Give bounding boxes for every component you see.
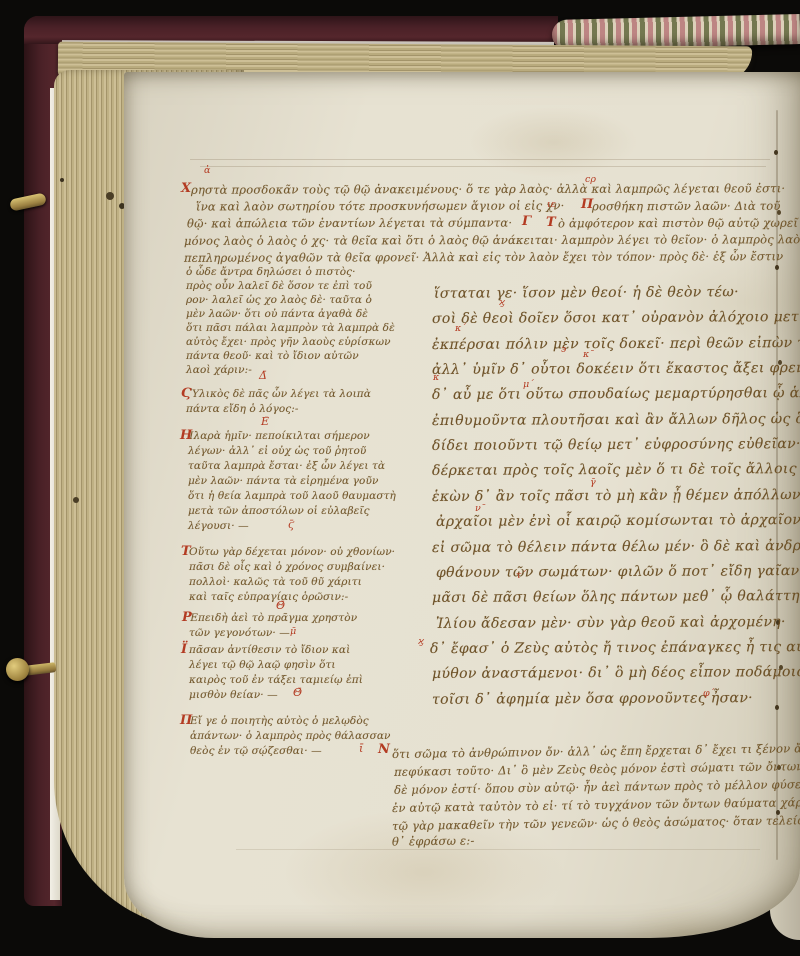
manuscript-text-line: Ὑλικὸς δὲ πᾶς ὧν λέγει τὰ λοιπὰ xyxy=(190,388,371,400)
manuscript-text-line: μὲν λαῶν· πάντα τὰ εἰρημένα γοῦν xyxy=(188,475,378,487)
manuscript-text-line: πᾶσαν ἀντίθεσιν τὸ ἴδιον καὶ xyxy=(189,644,350,656)
manuscript-text-line: λέγουσι· — xyxy=(188,520,249,532)
manuscript-text-line: πρὸς οὖν λαλεῖ δὲ ὅσον τε ἐπὶ τοῦ xyxy=(186,280,372,292)
rubric-mark: ν¯ xyxy=(475,503,486,514)
manuscript-text-line: αὐτὸς ἔχει· πρὸς γῆν λαοὺς εὑρίσκων xyxy=(186,336,391,348)
rubric-mark: μ̄ xyxy=(290,626,296,637)
manuscript-text-line: μᾶσι δὲ πᾶσι θείων ὅλης πάντων μεθ᾽ ᾧ θα… xyxy=(432,588,800,606)
manuscript-text-line: ἑκὼν δ᾽ ἂν τοῖς πᾶσι τὸ μὴ κἂν ᾖ θέμεν ἀ… xyxy=(432,487,800,505)
manuscript-text-line: ἐπιθυμοῦντα πλουτῆσαι καὶ ἂν ἄλλων δῆλος… xyxy=(432,411,800,429)
manuscript-text-line: Ἰλίου ἄδεσαν μὲν· σὺν γὰρ θεοῦ καὶ ἀρχομ… xyxy=(436,614,786,632)
manuscript-text-line: ἵνα καὶ λαὸν σωτηρίου τότε προσκυνήσωμεν… xyxy=(196,199,564,214)
rubric-mark: Ϊ xyxy=(181,642,187,657)
rubric-mark: κ xyxy=(433,372,439,383)
manuscript-text-line: ὅτι πᾶσι πάλαι λαμπρὸν τὰ λαμπρὰ δὲ xyxy=(186,322,395,334)
manuscript-text-line: λέγει τῷ θῷ λαῷ φησὶν ὅτι xyxy=(189,659,336,671)
rubric-mark: ϶ xyxy=(561,344,566,355)
rubric-mark: ϗ xyxy=(499,297,505,308)
rubric-mark: μ´ xyxy=(523,379,534,390)
manuscript-text-line: τῶν γεγονότων· — xyxy=(189,627,290,639)
rubric-mark: Π xyxy=(581,197,593,212)
rubric-mark: γ̄ xyxy=(590,477,596,488)
rubric-mark: ϗ xyxy=(418,636,424,647)
manuscript-text-line: Ἱλαρὰ ἡμῖν· πεποίκιλται σήμερον xyxy=(188,430,370,442)
manuscript-text-line: δέρκεται πρὸς τοῖς λαοῖς μὲν ὅ τι δὲ τοῖ… xyxy=(432,461,797,479)
manuscript-text-line: καὶ ταῖς εὐπραγίαις ὁρῶσιν:- xyxy=(189,591,348,603)
ruling-line xyxy=(200,166,766,167)
rubric-mark: Χ xyxy=(181,181,191,196)
gutter-wormholes xyxy=(774,150,778,155)
clasp-pin-bottom-head xyxy=(6,658,29,681)
manuscript-text-line: μὲν λαῶν· ὅτι οὐ πάντα ἀγαθὰ δὲ xyxy=(186,308,368,320)
manuscript-text-line: Ἐπειδὴ ἀεὶ τὸ πρᾶγμα χρηστὸν xyxy=(189,612,357,624)
manuscript-text-line: ἐκπέρσαι πόλιν μὲν τοῖς δοκεῖ· περὶ θεῶν… xyxy=(432,335,800,353)
rubric-mark: ἀ xyxy=(204,165,210,176)
manuscript-text-line: σοὶ δὲ θεοὶ δοῖεν ὅσοι κατ᾽ οὐρανὸν ἀλόχ… xyxy=(432,309,800,327)
manuscript-text-line: λέγων· ἀλλ᾽ εἰ οὐχ ὡς τοῦ ῥητοῦ xyxy=(188,445,366,457)
manuscript-text-line: ὅτι ἡ θεία λαμπρὰ τοῦ λαοῦ θαυμαστὴ xyxy=(188,490,396,502)
manuscript-text-line: λαοὶ χάριν:- xyxy=(186,364,252,376)
manuscript-text-line: Εἴ γε ὁ ποιητὴς αὐτὸς ὁ μελῳδὸς xyxy=(190,715,369,727)
rubric-mark: Γ xyxy=(522,214,531,229)
manuscript-text-line: ὁ ὧδε ἄντρα δηλώσει ὁ πιστὸς· xyxy=(186,266,356,278)
manuscript-text-line: θ᾽ ἐφράσω ε:- xyxy=(392,833,475,848)
rubric-mark: φ´ xyxy=(703,688,714,699)
manuscript-text-line: εἰ σῶμα τὸ θέλειν πάντα θέλω μέν· ὃ δὲ κ… xyxy=(432,538,800,556)
rubric-mark: Θ̄ xyxy=(293,686,302,699)
manuscript-text-line: δ᾽ ἔφασ᾽ ὁ Ζεὺς αὐτὸς ἤ τινος ἐπάναγκες … xyxy=(430,639,800,657)
manuscript-text-line: φθάνουν τῶν σωμάτων· φιλῶν ὅ ποτ᾽ εἴδη γ… xyxy=(436,563,800,581)
manuscript-text-line: ἀρχαῖοι μὲν ἐνὶ οἷ καιρῷ κομίσωνται τὸ ἀ… xyxy=(436,512,800,530)
rubric-mark: Θ̄ xyxy=(276,599,285,612)
rubric-mark: Τ xyxy=(546,215,556,230)
manuscript-text-line: ρον· λαλεῖ ὡς χο λαὸς δὲ· ταῦτα ὁ xyxy=(186,294,372,306)
rubric-mark: Ν xyxy=(378,742,390,757)
manuscript-text-line: θῷ· καὶ ἀπώλεια τῶν ἐναντίων λέγεται τὰ … xyxy=(187,216,512,231)
manuscript-text-line: Οὕτω γὰρ δέχεται μόνον· οὐ χθονίων· xyxy=(189,546,395,558)
rubric-mark: τ´ xyxy=(516,570,526,581)
manuscript-text-line: δ᾽ αὖ με ὅτι οὕτω σπουδαίως μεμαρτύρησθα… xyxy=(432,385,800,403)
rubric-mark: ϛ̄ xyxy=(288,518,294,531)
fore-edge-stains xyxy=(60,178,64,182)
manuscript-text-line: μύθον ἀναστάμενοι· δι᾽ ὃ μὴ δέος εἶπον π… xyxy=(432,664,800,682)
manuscript-text-line: ἵσταται γε· ἵσον μὲν θεοί· ἡ δὲ θεὸν τέω… xyxy=(434,284,739,302)
manuscript-text-line: ἁπάντων· ὁ λαμπρὸς πρὸς θάλασσαν xyxy=(190,730,391,742)
ruling-line xyxy=(236,849,760,850)
manuscript-text-line: μόνος λαὸς ὁ λαὸς ὁ χς· τὰ θεῖα καὶ ὅτι … xyxy=(184,232,800,248)
manuscript-text-line: πάντα εἴδη ὁ λόγος:- xyxy=(186,403,299,415)
manuscript-text-line: καιρὸς τοῦ ἐν τάξει ταμιείῳ ἐπὶ xyxy=(189,674,363,686)
manuscript-text-line: μετὰ τῶν ἀποστόλων οἱ εὐλαβεῖς xyxy=(188,505,370,517)
rubric-mark: Η xyxy=(180,428,192,443)
rubric-mark: Ϛ xyxy=(181,386,191,401)
rubric-mark: ῑ xyxy=(359,742,363,755)
rubric-mark: Ρ xyxy=(182,610,192,625)
rubric-mark: Ε̄ xyxy=(261,415,269,428)
manuscript-text-line: δίδει ποιοῦντι τῷ θείῳ μετ᾽ εὐφροσύνης ε… xyxy=(432,436,800,454)
manuscript-text-line: πᾶσι δὲ οἷς καὶ ὁ χρόνος συμβαίνει· xyxy=(189,561,385,573)
manuscript-text-line: μισθὸν θείαν· — xyxy=(189,689,278,701)
rubric-mark: ιε xyxy=(547,199,556,210)
manuscript-text-line: πεπληρωμένος ἀγαθῶν τὰ θεῖα φρονεῖ· Ἀλλὰ… xyxy=(184,249,783,265)
rubric-mark: ϲρ xyxy=(585,174,596,185)
manuscript-text-line: ἀλλ᾽ ὑμῖν δ᾽ οὗτοι δοκέειν ὅτι ἕκαστος ἄ… xyxy=(432,360,800,378)
manuscript-text-line: πάντα θεοῦ· καὶ τὸ ἴδιον αὐτῶν xyxy=(186,350,359,362)
rubric-mark: κ´ xyxy=(455,323,466,334)
rubric-mark: κ¯ xyxy=(583,349,594,360)
manuscript-text-line: ὸ ἀμφότερον καὶ πιστὸν θῷ αὐτῷ χωρεῖ xyxy=(558,216,798,231)
manuscript-text-line: ρηστὰ προσδοκᾶν τοὺς τῷ θῷ ἀνακειμένους·… xyxy=(191,181,785,197)
manuscript-text-line: ροσθήκη πιστῶν λαῶν· Διὰ τοῦ xyxy=(592,199,781,213)
manuscript-text-line: θεὸς ἐν τῷ σῴζεσθαι· — xyxy=(190,745,322,757)
ruling-line xyxy=(190,159,770,160)
manuscript-text-line: ταῦτα λαμπρὰ ἔσται· ἐξ ὧν λέγει τὰ xyxy=(188,460,385,472)
rubric-mark: Π xyxy=(180,713,192,728)
rubric-mark: Δ̄ xyxy=(259,369,267,382)
rubric-mark: Τ xyxy=(181,544,191,559)
manuscript-text-line: πολλοὶ· καλῶς τὰ τοῦ θῦ χάριτι xyxy=(189,576,362,588)
